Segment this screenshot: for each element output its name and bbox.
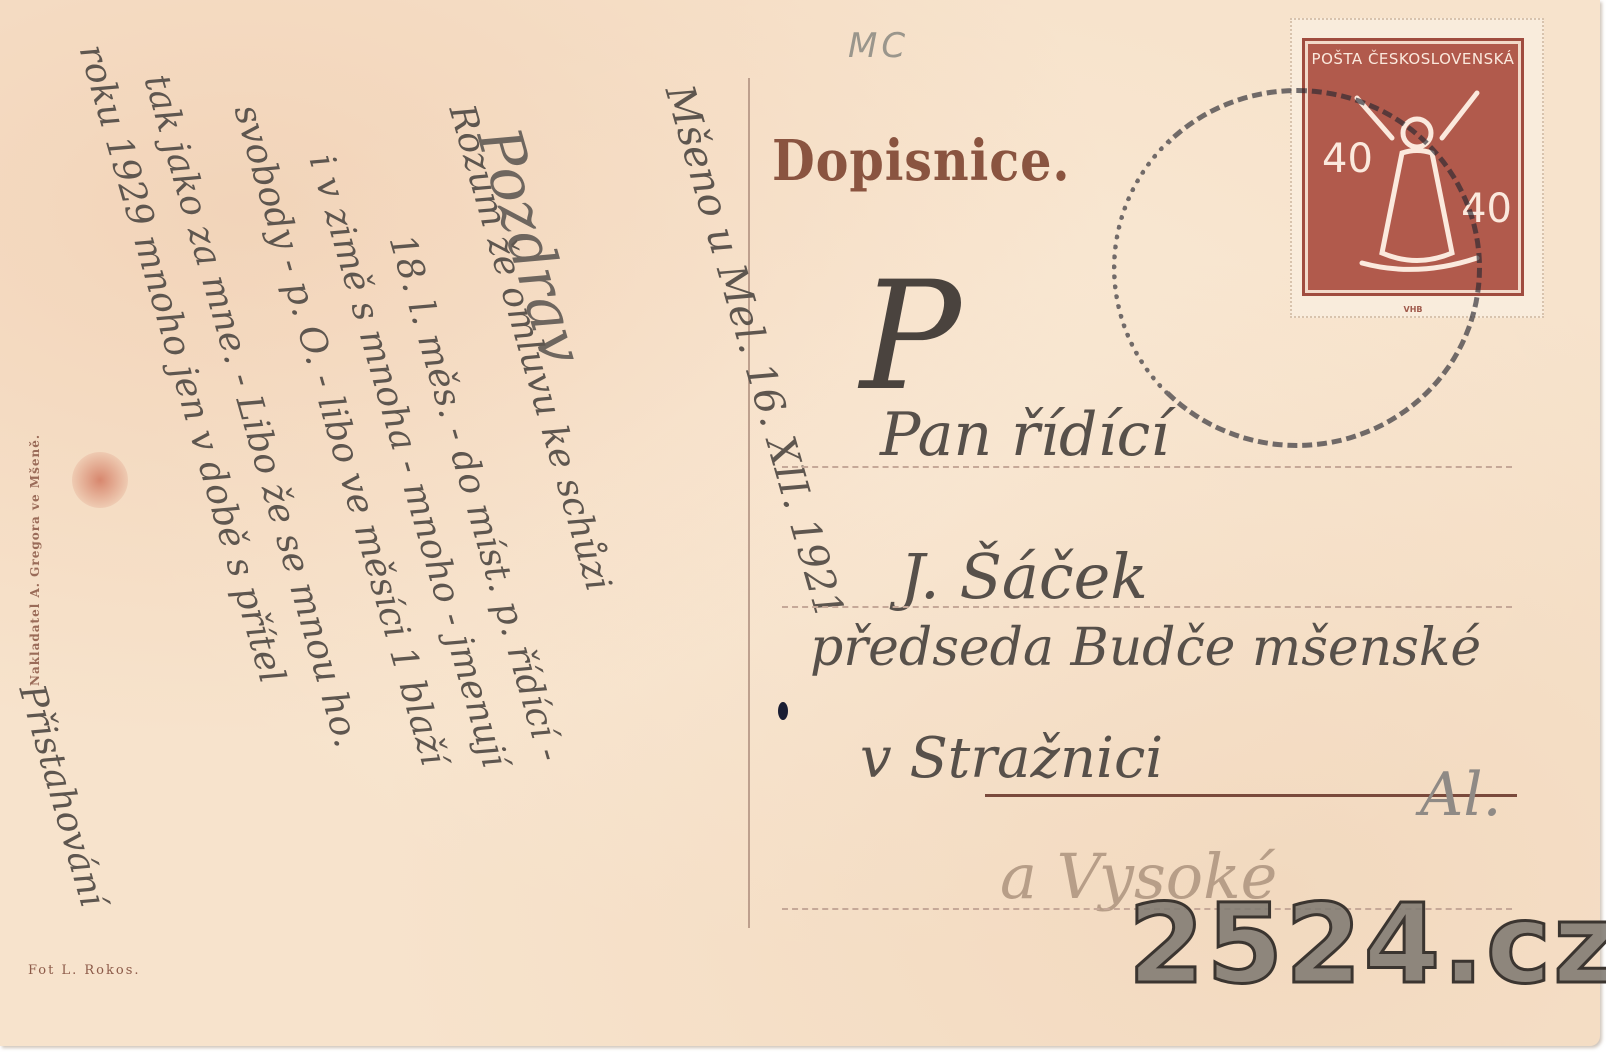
stain	[72, 452, 128, 508]
postcard-title: Dopisnice.	[772, 128, 1070, 194]
pencil-note: MC	[848, 26, 909, 66]
ink-blot	[778, 702, 788, 720]
address-initial: P	[860, 250, 961, 424]
corner-pencil-note: Al.	[1420, 760, 1502, 830]
address-line-2: J. Šáček	[900, 540, 1148, 613]
watermark: 2524.cz	[1128, 880, 1606, 1008]
address-rule-2	[782, 606, 1512, 608]
postmark-cancel	[1112, 88, 1482, 448]
address-line-1: Pan řídící	[880, 400, 1169, 470]
photographer-imprint: Fot L. Rokos.	[28, 963, 141, 978]
stamp-country: POŠTA ČESKOSLOVENSKÁ	[1302, 50, 1524, 68]
address-line-4: v Stražnici	[860, 726, 1163, 791]
message-signature: Přistahování	[11, 680, 113, 911]
address-rule-1	[782, 466, 1512, 468]
postcard: MC Dopisnice. Mšeno u Mel. 16. XII. 1921…	[0, 0, 1600, 1046]
publisher-imprint: Nakladatel A. Gregora ve Mšeně.	[28, 434, 42, 686]
address-line-3: předseda Budče mšenské	[810, 618, 1481, 678]
card-divider	[748, 78, 750, 928]
